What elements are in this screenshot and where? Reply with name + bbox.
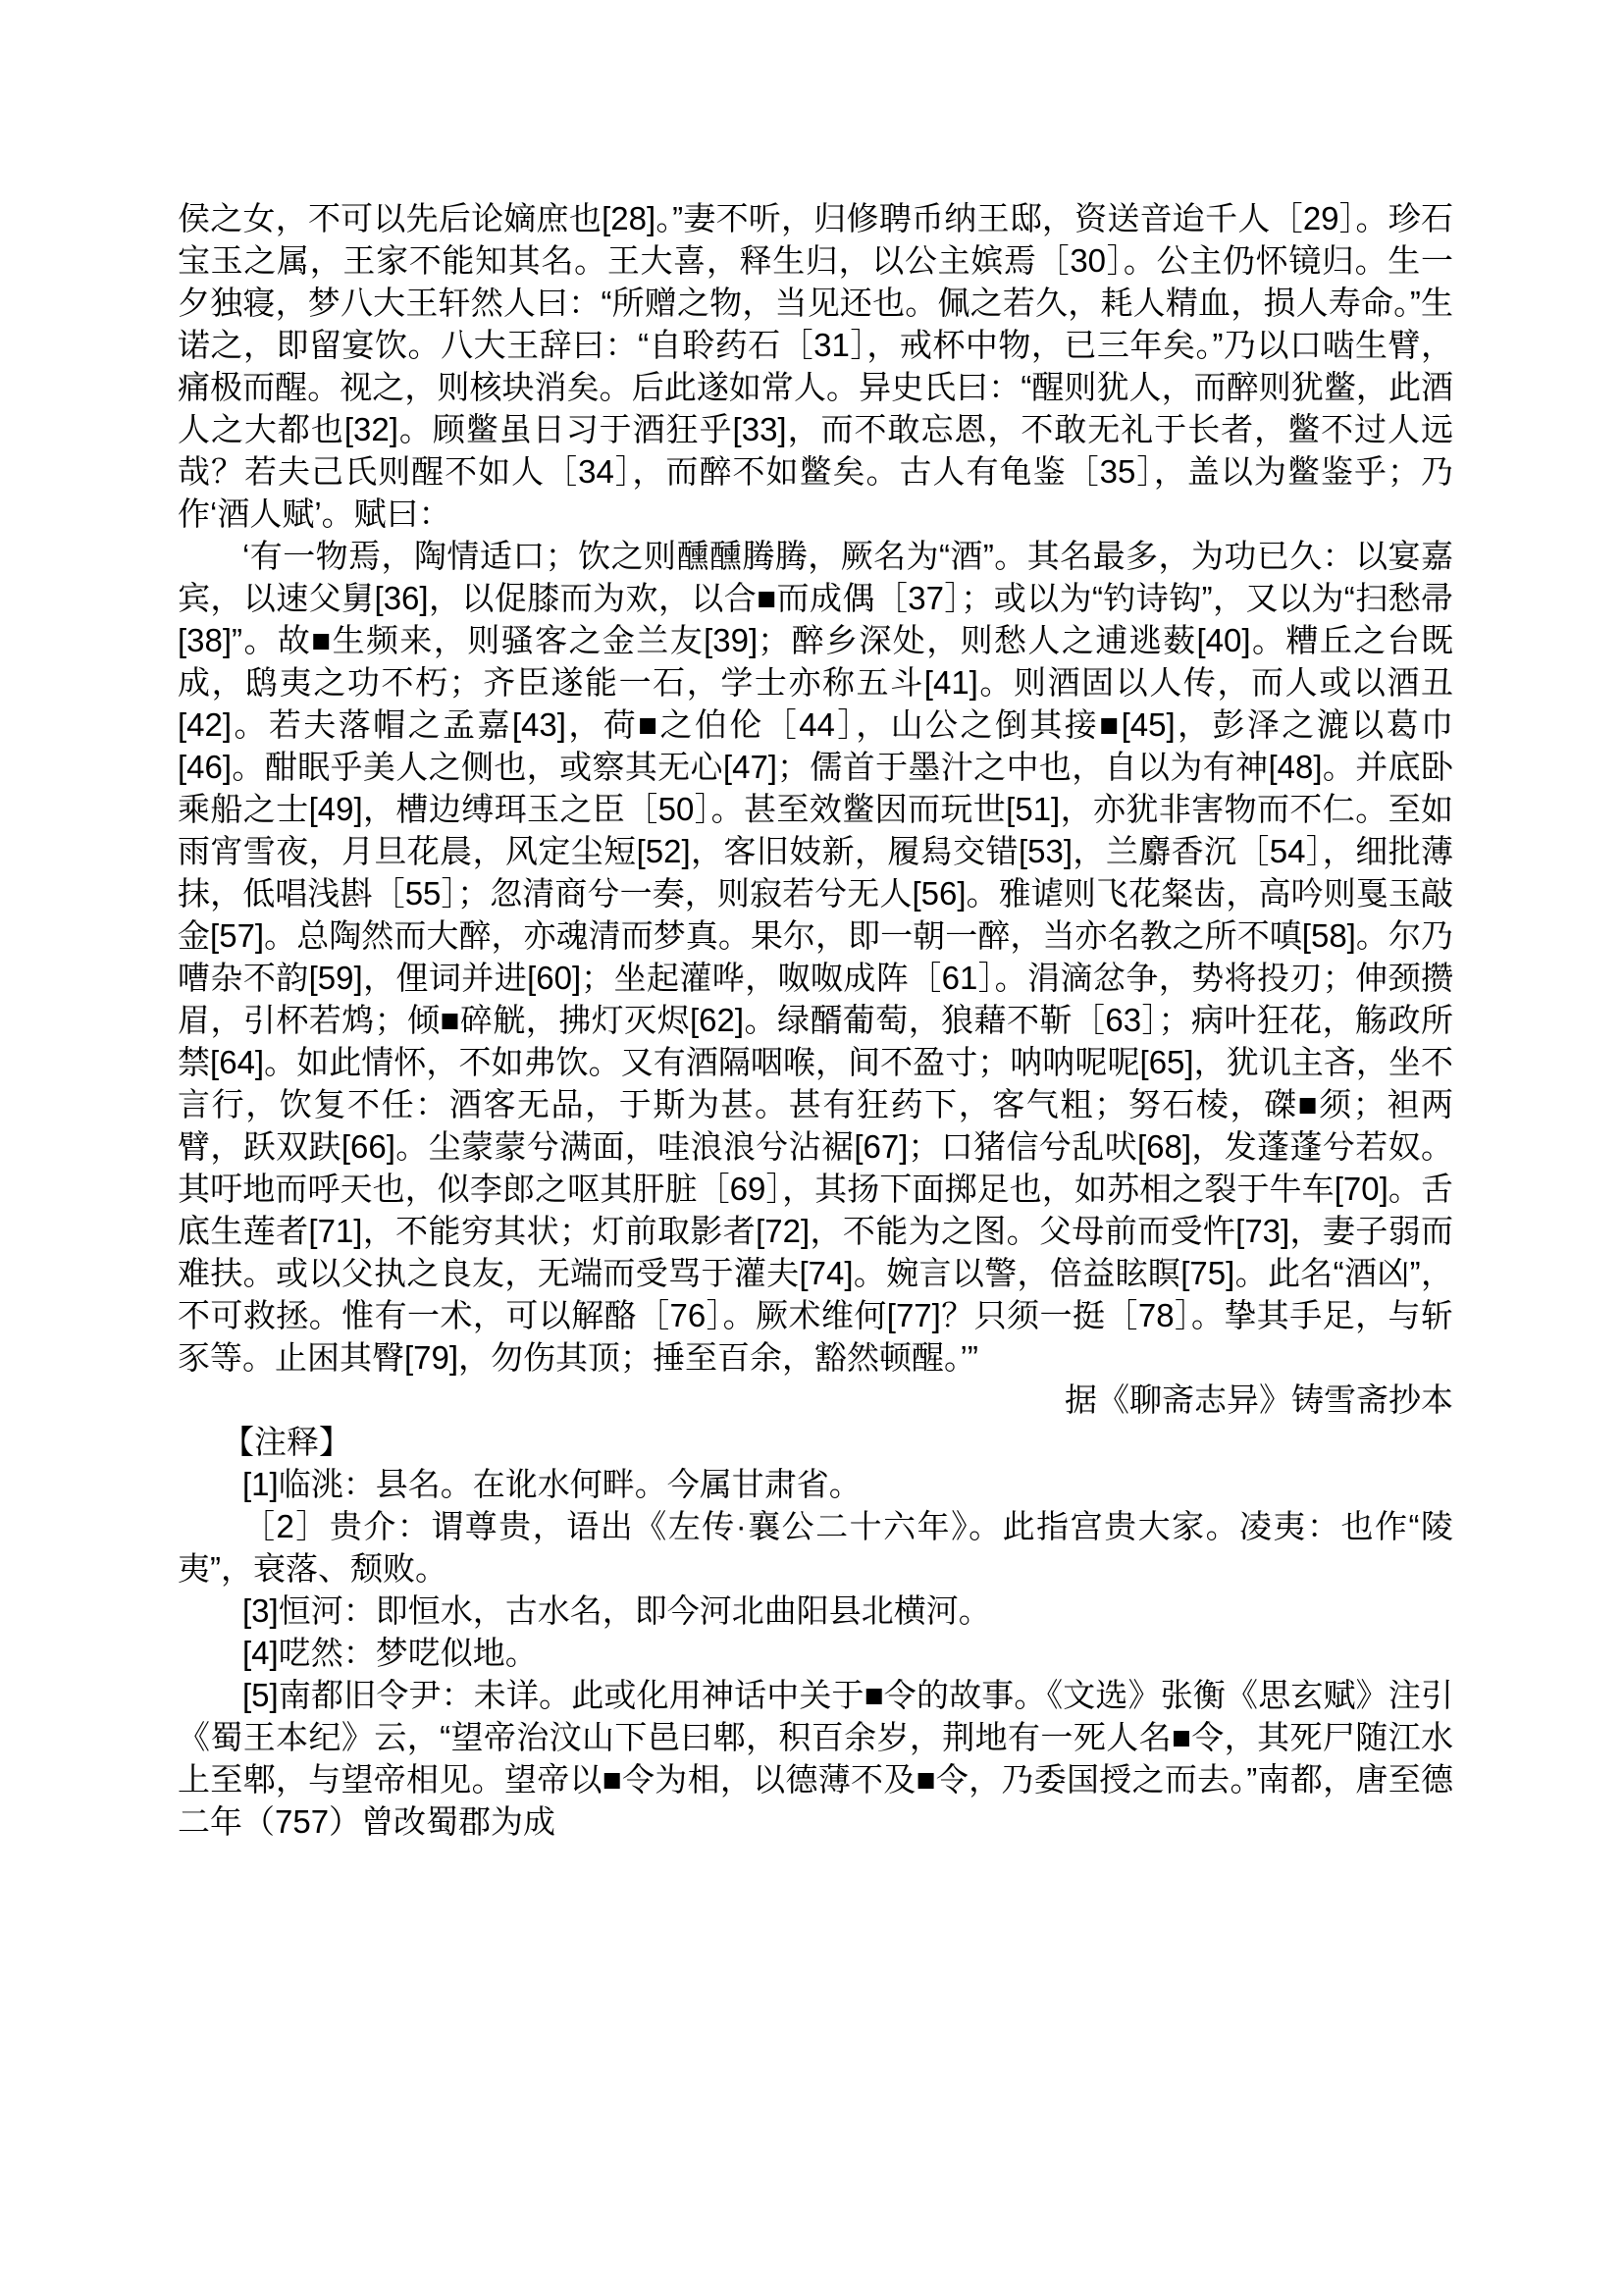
note-item-2: ［2］贵介：谓尊贵，语出《左传·襄公二十六年》。此指宫贵大家。凌夷：也作“陵夷”… [178, 1505, 1453, 1590]
body-paragraph-continuation: 侯之女，不可以先后论嫡庶也[28]。”妻不听，归修聘币纳王邸，资送音迨千人［29… [178, 197, 1453, 535]
note-item-3: [3]恒河：即恒水，古水名，即今河北曲阳县北横河。 [178, 1590, 1453, 1632]
notes-section-header: 【注释】 [178, 1421, 1453, 1463]
note-item-4: [4]呓然：梦呓似地。 [178, 1632, 1453, 1674]
document-page: 侯之女，不可以先后论嫡庶也[28]。”妻不听，归修聘币纳王邸，资送音迨千人［29… [0, 0, 1624, 2294]
note-item-1: [1]临洮：县名。在讹水何畔。今属甘肃省。 [178, 1463, 1453, 1505]
fu-poem-paragraph: ‘有一物焉，陶情适口；饮之则醺醺腾腾，厥名为“酒”。其名最多，为功已久：以宴嘉宾… [178, 535, 1453, 1379]
source-attribution: 据《聊斋志异》铸雪斋抄本 [178, 1379, 1453, 1421]
text-block: 侯之女，不可以先后论嫡庶也[28]。”妻不听，归修聘币纳王邸，资送音迨千人［29… [178, 197, 1453, 1843]
note-item-5: [5]南都旧令尹：未详。此或化用神话中关于■令的故事。《文选》张衡《思玄赋》注引… [178, 1674, 1453, 1843]
